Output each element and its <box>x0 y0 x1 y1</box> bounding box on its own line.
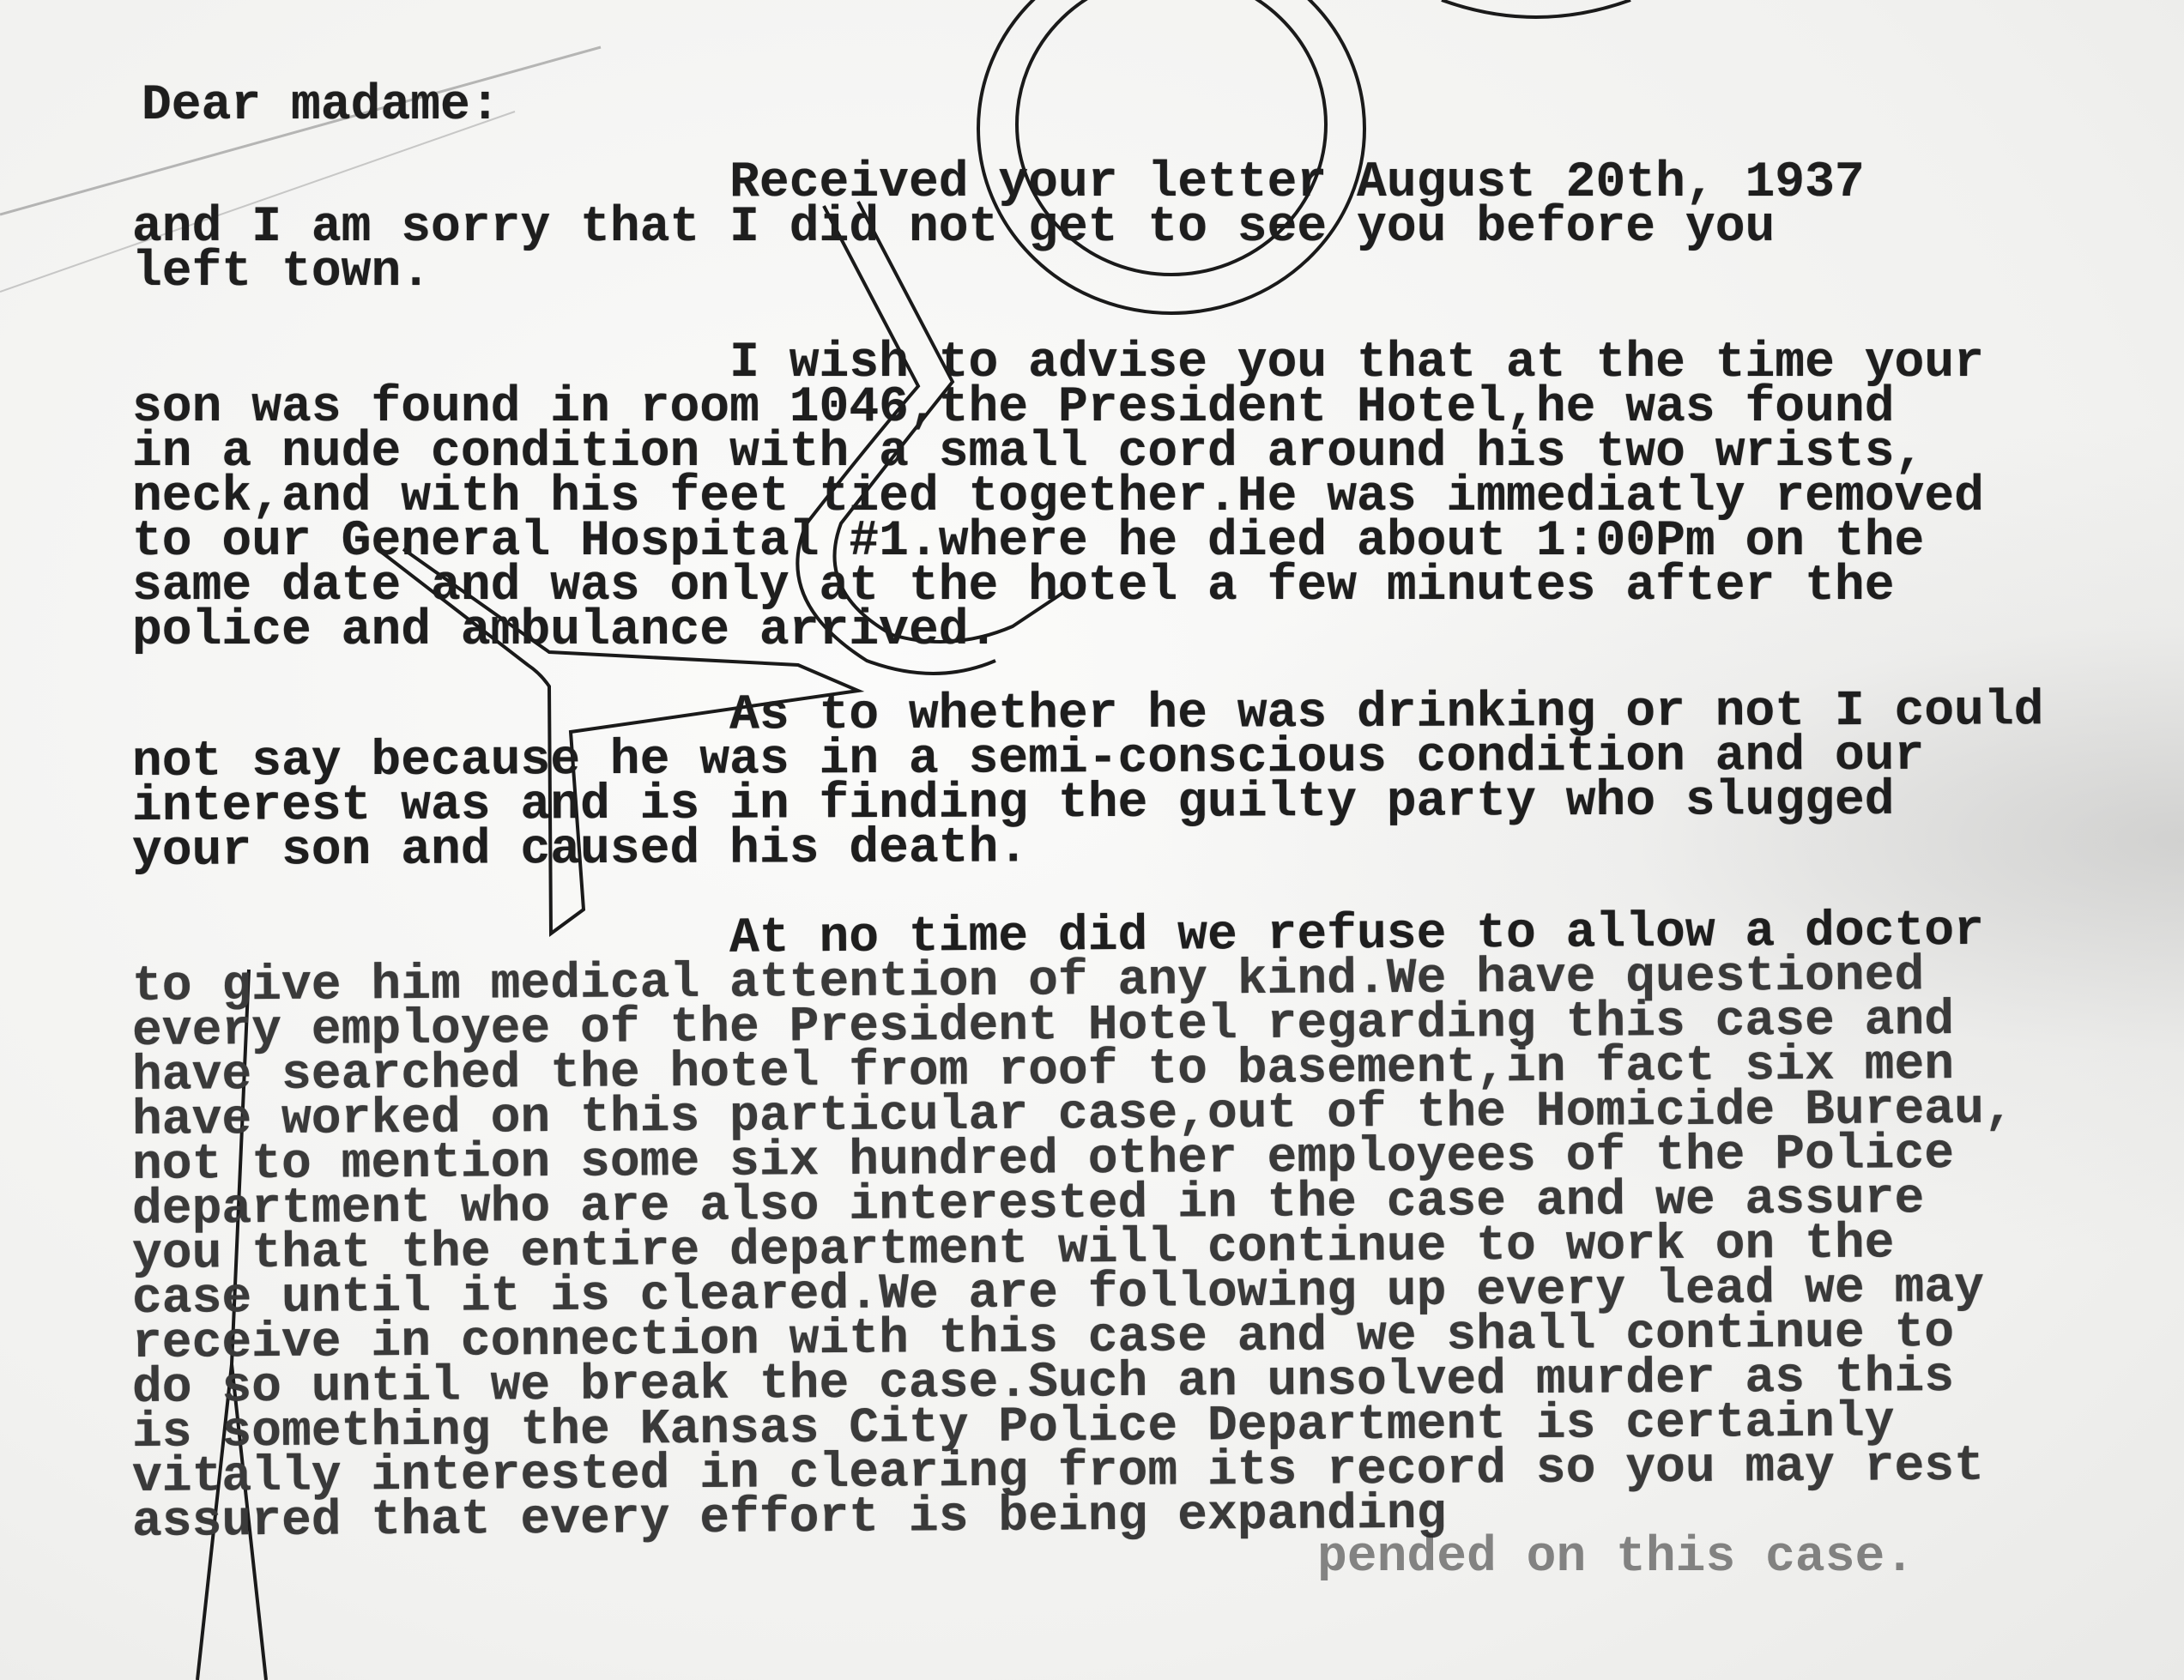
letter-line: police and ambulance arrived. <box>132 607 998 656</box>
salutation: Dear madame: <box>142 82 500 131</box>
letter-line: assured that every effort is being expan… <box>132 1490 1447 1548</box>
letter-line: your son and caused his death. <box>132 824 1028 877</box>
letter-line: left town. <box>132 248 431 298</box>
overtyped-correction: pended on this case. <box>1317 1530 1915 1586</box>
